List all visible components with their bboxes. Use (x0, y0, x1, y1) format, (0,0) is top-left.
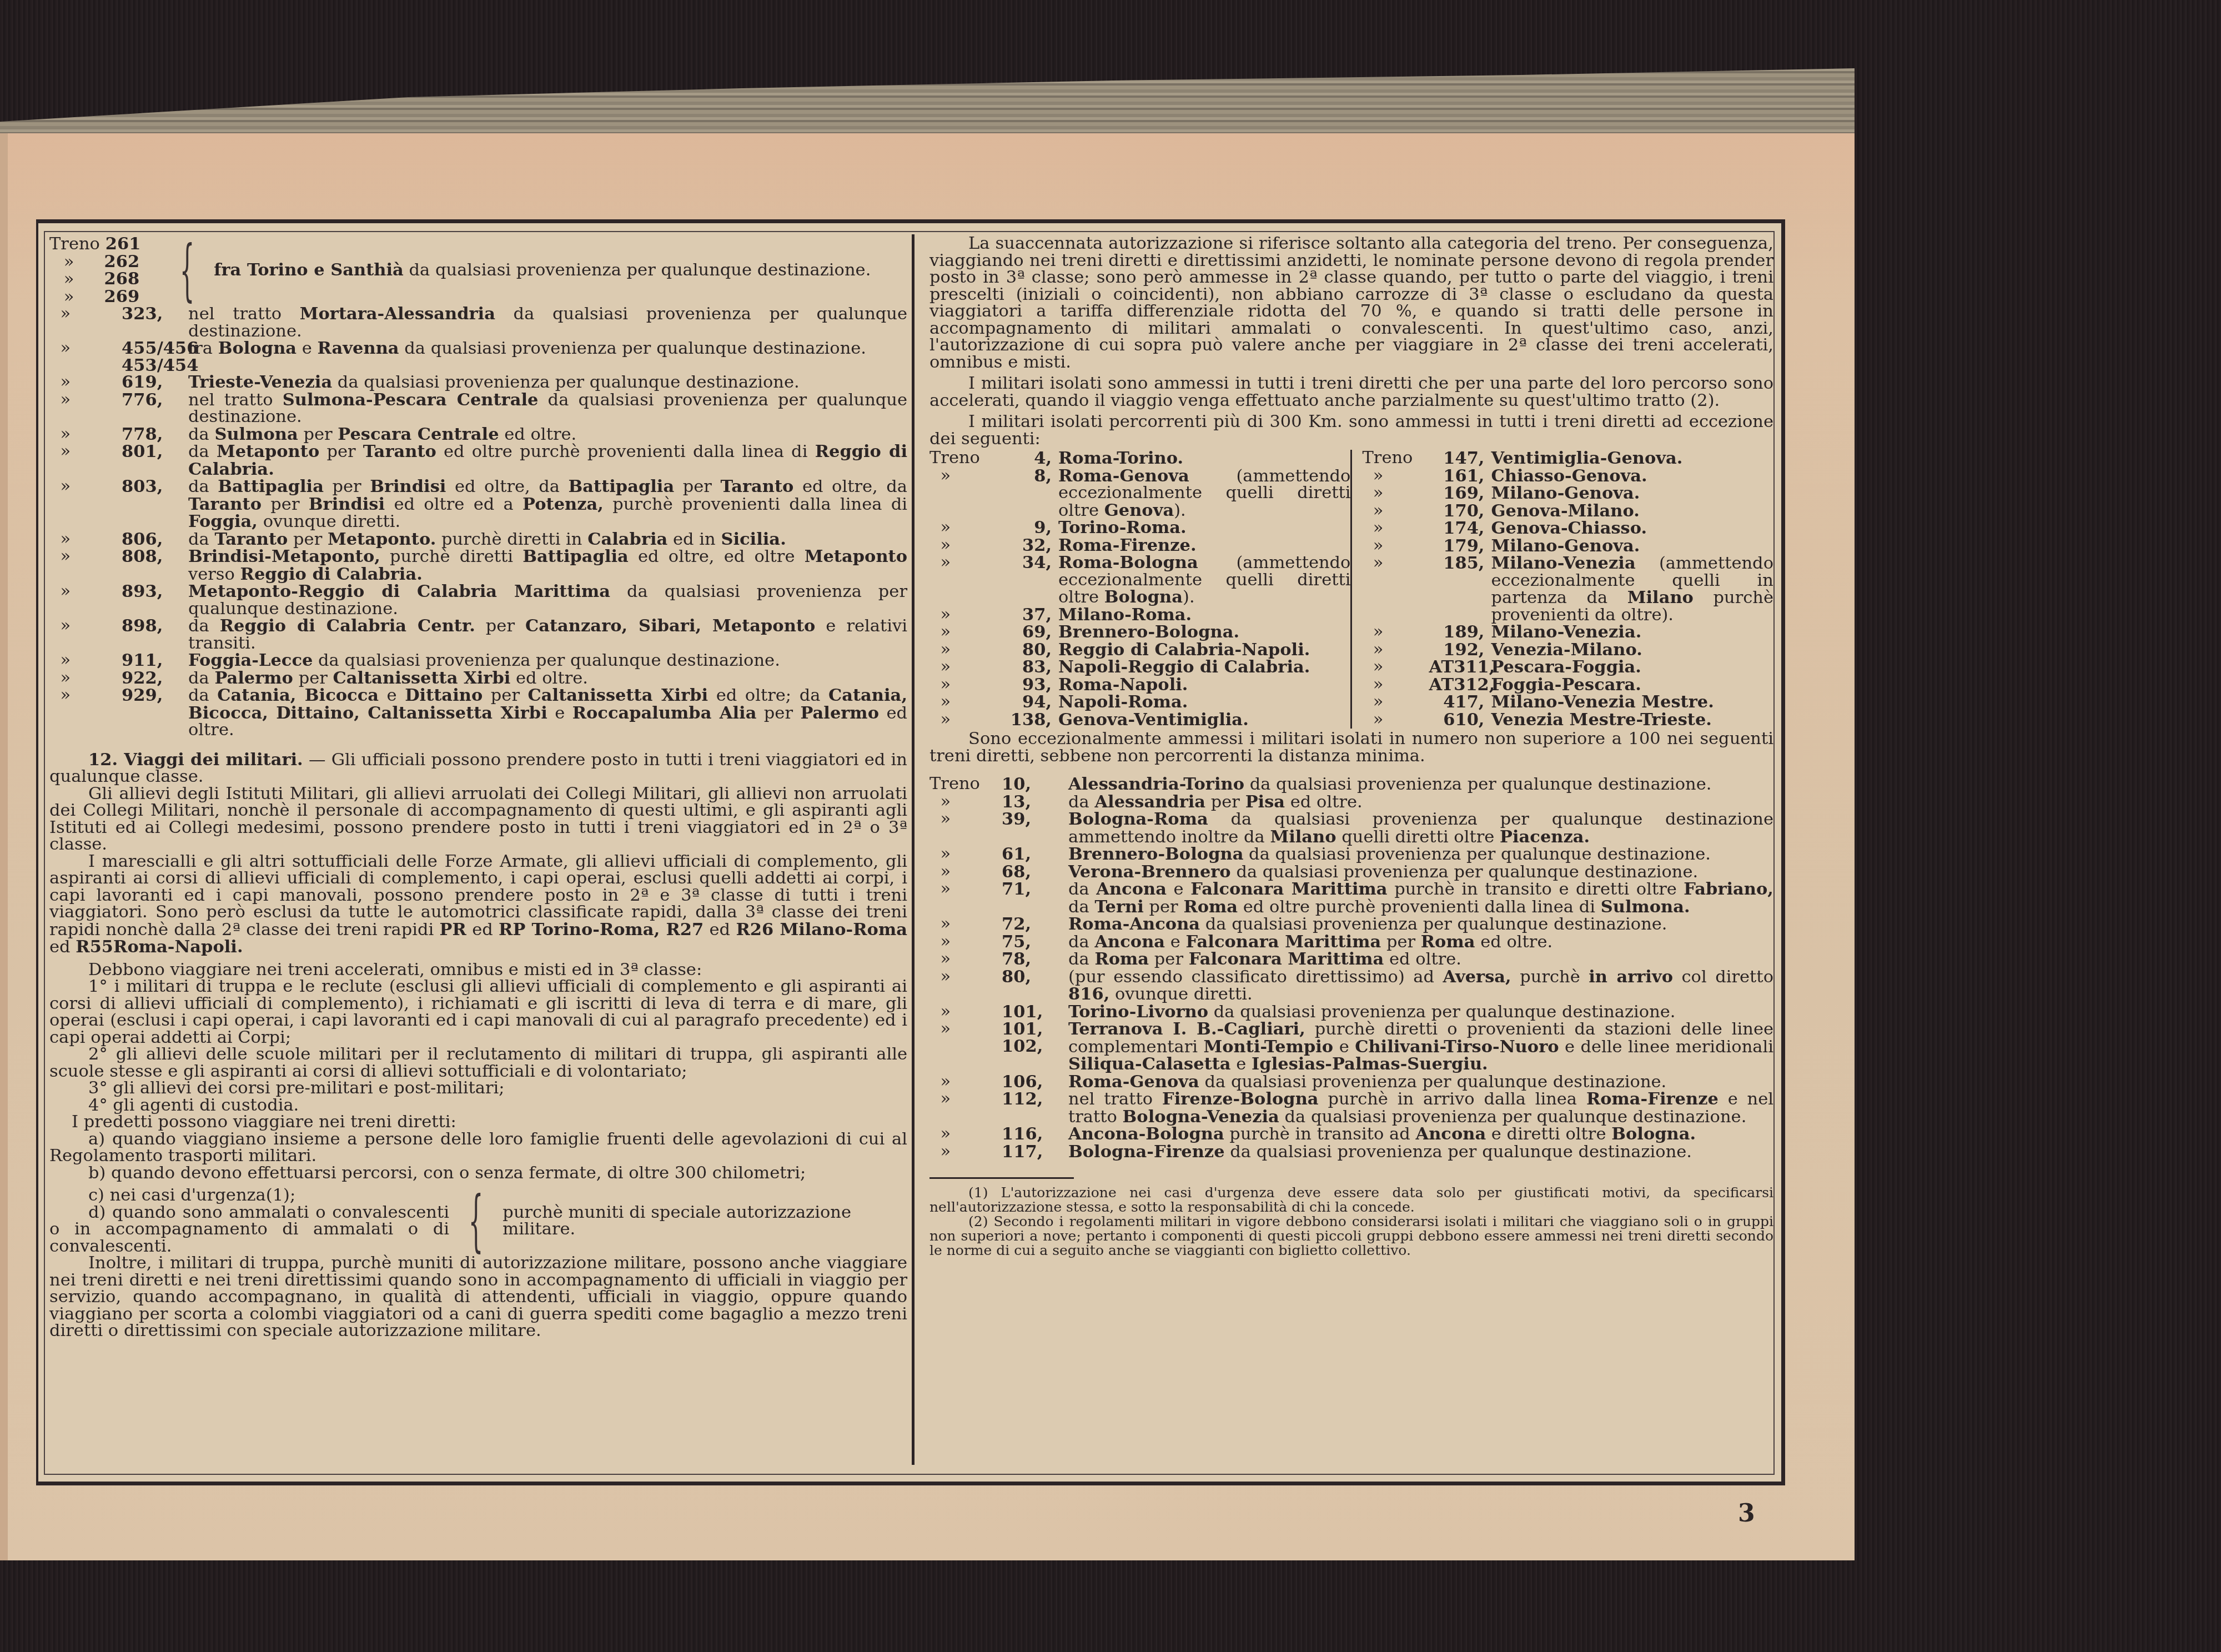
right-column: La suaccennata autorizzazione si riferis… (929, 235, 1773, 1258)
left-train-list: »323,nel tratto Mortara-Alessandria da q… (49, 305, 907, 739)
train-number: 71, (1002, 881, 1068, 916)
ditto-mark: » (929, 554, 996, 606)
ditto-mark: » (1362, 485, 1429, 503)
train-route: Pescara-Foggia. (1491, 659, 1773, 676)
train-entry: »69,Brennero-Bologna. (929, 624, 1350, 641)
paragraph-isolati: I militari isolati sono ammessi in tutti… (929, 375, 1773, 409)
train-route: Milano-Venezia (ammettendo eccezionalmen… (1491, 555, 1773, 624)
train-entry: »116,Ancona-Bologna purchè in transito a… (929, 1126, 1773, 1143)
footnote-rule (929, 1177, 1074, 1179)
train-entry: »922,da Palermo per Caltanissetta Xirbi … (49, 670, 907, 687)
train-route: Brennero-Bologna da qualsiasi provenienz… (1068, 846, 1773, 863)
train-number: 778, (122, 426, 188, 444)
train-entry: »83,Napoli-Reggio di Calabria. (929, 659, 1350, 676)
train-number: 94, (996, 694, 1058, 711)
ditto-mark: » (49, 478, 122, 531)
train-route: Foggia-Lecce da qualsiasi provenienza pe… (188, 652, 907, 670)
train-number: 117, (1002, 1143, 1068, 1161)
excluded-trains-right: Treno147,Ventimiglia-Genova. »161,Chiass… (1350, 450, 1773, 729)
train-route: da Catania, Bicocca e Dittaino per Calta… (188, 687, 907, 739)
train-number: 80, (1002, 968, 1068, 1003)
train-number: 161, (1429, 468, 1491, 485)
ditto-mark: » (929, 1073, 1002, 1091)
paragraph-eccezionalmente: Sono eccezionalmente ammessi i militari … (929, 731, 1773, 765)
train-number: 34, (996, 554, 1058, 606)
treno-label: Treno (929, 776, 1002, 794)
page-gutter-shadow (0, 133, 8, 1560)
train-route: Foggia-Pescara. (1491, 676, 1773, 694)
train-entry: »AT312,Foggia-Pescara. (1362, 676, 1773, 694)
ditto-mark: » (929, 606, 996, 624)
train-number: 803, (122, 478, 188, 531)
train-route: da Palermo per Caltanissetta Xirbi ed ol… (188, 670, 907, 687)
ditto-mark: » (49, 340, 122, 374)
train-entry: »32,Roma-Firenze. (929, 537, 1350, 555)
ditto-mark: » (929, 1126, 1002, 1143)
case-d: d) quando sono ammalati o convalescenti … (49, 1204, 449, 1256)
ditto-mark: » (49, 583, 122, 617)
train-entry: »AT311,Pescara-Foggia. (1362, 659, 1773, 676)
train-route: Roma-Genova (ammettendo eccezionalmente … (1058, 468, 1350, 520)
train-number: 13, (1002, 794, 1068, 811)
train-route: Genova-Milano. (1491, 503, 1773, 520)
train-route: Bologna-Roma da qualsiasi provenienza pe… (1068, 811, 1773, 846)
train-route: Roma-Ancona da qualsiasi provenienza per… (1068, 916, 1773, 933)
ditto-mark: » (929, 794, 1002, 811)
ditto-mark: » (929, 519, 996, 537)
train-entry: »169,Milano-Genova. (1362, 485, 1773, 503)
train-entry: »39,Bologna-Roma da qualsiasi provenienz… (929, 811, 1773, 846)
train-route: da Metaponto per Taranto ed oltre purchè… (188, 443, 907, 478)
ditto-mark: » (929, 1003, 1002, 1021)
left-column: Treno 261 » 262 » 268 » 269 { fra Torino… (49, 235, 907, 1340)
train-entry: »179,Milano-Genova. (1362, 538, 1773, 555)
page-number: 3 (1738, 1499, 1755, 1528)
cases-cd-group: c) nei casi d'urgenza(1); d) quando sono… (49, 1187, 907, 1255)
ditto-mark: » (49, 531, 122, 549)
train-number: 189, (1429, 624, 1491, 641)
train-number: 610, (1429, 711, 1491, 729)
train-number: 893, (122, 583, 188, 617)
train-number: 929, (122, 687, 188, 739)
train-number: 169, (1429, 485, 1491, 503)
train-entry: »75,da Ancona e Falconara Marittima per … (929, 933, 1773, 951)
train-entry: »185,Milano-Venezia (ammettendo eccezion… (1362, 555, 1773, 624)
paragraph-predetti: I predetti possono viaggiare nei treni d… (49, 1114, 907, 1131)
train-route: da Reggio di Calabria Centr. per Catanza… (188, 617, 907, 652)
train-route: Milano-Venezia. (1491, 624, 1773, 641)
list-item-3: 3° gli allievi dei corsi pre-militari e … (49, 1080, 907, 1097)
train-entry: »911,Foggia-Lecce da qualsiasi provenien… (49, 652, 907, 670)
train-route: (pur essendo classificato direttissimo) … (1068, 968, 1773, 1003)
train-route: Bologna-Firenze da qualsiasi provenienza… (1068, 1143, 1773, 1161)
train-route: da Alessandria per Pisa ed oltre. (1068, 794, 1773, 811)
ditto-mark: » (49, 391, 122, 426)
train-number: 10, (1002, 776, 1068, 794)
ditto-mark: » (1362, 676, 1429, 694)
train-number: 9, (996, 519, 1058, 537)
paragraph-marescialli: I marescialli e gli altri sottufficiali … (49, 853, 907, 956)
case-a: a) quando viaggiano insieme a persone de… (49, 1131, 907, 1165)
train-number: 801, (122, 443, 188, 478)
train-number: 37, (996, 606, 1058, 624)
ditto-mark: » (929, 659, 996, 676)
train-entry: »778,da Sulmona per Pescara Centrale ed … (49, 426, 907, 444)
train-entry: »610,Venezia Mestre-Trieste. (1362, 711, 1773, 729)
footnotes: (1) L'autorizzazione nei casi d'urgenza … (929, 1186, 1773, 1258)
ditto-mark: » (1362, 694, 1429, 711)
train-route: Terranova I. B.-Cagliari, purchè diretti… (1068, 1021, 1773, 1073)
train-entry: »174,Genova-Chiasso. (1362, 520, 1773, 538)
train-entry: »106,Roma-Genova da qualsiasi provenienz… (929, 1073, 1773, 1091)
train-entry: »71,da Ancona e Falconara Marittima purc… (929, 881, 1773, 916)
train-number: 61, (1002, 846, 1068, 863)
train-route: Torino-Livorno da qualsiasi provenienza … (1068, 1003, 1773, 1021)
train-entry: »189,Milano-Venezia. (1362, 624, 1773, 641)
ditto-mark: » (1362, 624, 1429, 641)
footnote-1: (1) L'autorizzazione nei casi d'urgenza … (929, 1186, 1773, 1214)
train-entry: »78,da Roma per Falconara Marittima ed o… (929, 951, 1773, 968)
train-number: 776, (122, 391, 188, 426)
ditto-mark: » (49, 617, 122, 652)
ditto-mark: » (61, 271, 77, 288)
train-route: nel tratto Sulmona-Pescara Centrale da q… (188, 391, 907, 426)
train-number: 101, 102, (1002, 1021, 1068, 1073)
train-route: da Ancona e Falconara Marittima per Roma… (1068, 933, 1773, 951)
brace-glyph: { (180, 243, 195, 298)
excluded-trains-left: Treno4,Roma-Torino. »8,Roma-Genova (amme… (929, 450, 1350, 729)
train-entry: »34,Roma-Bologna (ammettendo eccezionalm… (929, 554, 1350, 606)
train-route: Napoli-Reggio di Calabria. (1058, 659, 1350, 676)
train-number: 808, (122, 548, 188, 583)
ditto-mark: » (929, 676, 996, 694)
train-route: Alessandria-Torino da qualsiasi provenie… (1068, 776, 1773, 794)
train-number: 174, (1429, 520, 1491, 538)
train-number: 106, (1002, 1073, 1068, 1091)
train-entry: Treno147,Ventimiglia-Genova. (1362, 450, 1773, 468)
train-number: 911, (122, 652, 188, 670)
train-number: 72, (1002, 916, 1068, 933)
train-number: 75, (1002, 933, 1068, 951)
train-entry: »94,Napoli-Roma. (929, 694, 1350, 711)
treno-label: Treno (49, 234, 100, 254)
list-item-2: 2° gli allievi delle scuole militari per… (49, 1046, 907, 1080)
paragraph-debbono: Debbono viaggiare nei treni accelerati, … (49, 962, 907, 979)
ditto-mark: » (49, 426, 122, 444)
ditto-mark: » (1362, 711, 1429, 729)
ditto-mark: » (929, 1143, 1002, 1161)
ditto-mark: » (1362, 503, 1429, 520)
train-entry: »80,(pur essendo classificato direttissi… (929, 968, 1773, 1003)
train-route: Ventimiglia-Genova. (1491, 450, 1773, 468)
ditto-mark: » (49, 305, 122, 340)
train-entry: Treno4,Roma-Torino. (929, 450, 1350, 468)
train-number: 112, (1002, 1091, 1068, 1126)
train-route: Ancona-Bologna purchè in transito ad Anc… (1068, 1126, 1773, 1143)
train-route: Reggio di Calabria-Napoli. (1058, 641, 1350, 659)
train-route: nel tratto Mortara-Alessandria da qualsi… (188, 305, 907, 340)
train-number: 32, (996, 537, 1058, 555)
ditto-mark: » (61, 289, 77, 306)
train-route: da Battipaglia per Brindisi ed oltre, da… (188, 478, 907, 531)
train-entry: »806,da Taranto per Metaponto. purchè di… (49, 531, 907, 549)
train-entry: »417,Milano-Venezia Mestre. (1362, 694, 1773, 711)
ditto-mark: » (929, 968, 1002, 1003)
train-number: 192, (1429, 641, 1491, 659)
train-number: 78, (1002, 951, 1068, 968)
admitted-trains-list: Treno10,Alessandria-Torino da qualsiasi … (929, 776, 1773, 1161)
train-number: 323, (122, 305, 188, 340)
train-entry: »898,da Reggio di Calabria Centr. per Ca… (49, 617, 907, 652)
ditto-mark: » (929, 641, 996, 659)
train-number: 116, (1002, 1126, 1068, 1143)
train-number: 138, (996, 711, 1058, 729)
train-entry: »455/456 453/454fra Bologna e Ravenna da… (49, 340, 907, 374)
train-route: Genova-Ventimiglia. (1058, 711, 1350, 729)
train-route: Milano-Genova. (1491, 485, 1773, 503)
train-entry: »929,da Catania, Bicocca e Dittaino per … (49, 687, 907, 739)
case-b: b) quando devono effettuarsi percorsi, c… (49, 1165, 907, 1182)
train-entry: »101,Torino-Livorno da qualsiasi proveni… (929, 1003, 1773, 1021)
train-route: Milano-Venezia Mestre. (1491, 694, 1773, 711)
ditto-mark: » (929, 1021, 1002, 1073)
ditto-mark: » (929, 537, 996, 555)
train-entry: »101, 102,Terranova I. B.-Cagliari, purc… (929, 1021, 1773, 1073)
train-entry: »13,da Alessandria per Pisa ed oltre. (929, 794, 1773, 811)
train-route: nel tratto Firenze-Bologna purchè in arr… (1068, 1091, 1773, 1126)
ditto-mark: » (49, 687, 122, 739)
train-number: 101, (1002, 1003, 1068, 1021)
ditto-mark: » (49, 548, 122, 583)
train-number: 185, (1429, 555, 1491, 624)
excluded-trains-table: Treno4,Roma-Torino. »8,Roma-Genova (amme… (929, 450, 1773, 729)
train-route: Venezia-Milano. (1491, 641, 1773, 659)
ditto-mark: » (929, 694, 996, 711)
ditto-mark: » (49, 670, 122, 687)
train-route: Roma-Napoli. (1058, 676, 1350, 694)
ditto-mark: » (929, 711, 996, 729)
section-12: 12. Viaggi dei militari. — Gli ufficiali… (49, 751, 907, 1340)
paragraph-allievi: Gli allievi degli Istituti Militari, gli… (49, 786, 907, 853)
ditto-mark: » (1362, 659, 1429, 676)
train-number: 83, (996, 659, 1058, 676)
train-number: 69, (996, 624, 1058, 641)
train-number: 4, (996, 450, 1058, 468)
train-route: fra Bologna e Ravenna da qualsiasi prove… (188, 340, 907, 374)
train-entry: »93,Roma-Napoli. (929, 676, 1350, 694)
ditto-mark: » (61, 254, 77, 271)
train-route: Milano-Roma. (1058, 606, 1350, 624)
ditto-mark: » (1362, 468, 1429, 485)
train-route: Chiasso-Genova. (1491, 468, 1773, 485)
train-number: 93, (996, 676, 1058, 694)
train-route: da Ancona e Falconara Marittima purchè i… (1068, 881, 1773, 916)
train-entry: »72,Roma-Ancona da qualsiasi provenienza… (929, 916, 1773, 933)
ditto-mark: » (929, 881, 1002, 916)
train-entry: »801,da Metaponto per Taranto ed oltre p… (49, 443, 907, 478)
ditto-mark: » (929, 1091, 1002, 1126)
cases-cd-condition: purchè muniti di speciale autorizzazione… (503, 1204, 907, 1238)
train-number: 922, (122, 670, 188, 687)
train-entry: »61,Brennero-Bologna da qualsiasi proven… (929, 846, 1773, 863)
train-entry: »803,da Battipaglia per Brindisi ed oltr… (49, 478, 907, 531)
train-route: Napoli-Roma. (1058, 694, 1350, 711)
brace-glyph: { (469, 1193, 484, 1249)
train-route: Venezia Mestre-Trieste. (1491, 711, 1773, 729)
train-number: AT311, (1429, 659, 1491, 676)
train-number: 806, (122, 531, 188, 549)
ditto-mark: » (929, 624, 996, 641)
train-entry: »323,nel tratto Mortara-Alessandria da q… (49, 305, 907, 340)
train-entry: »161,Chiasso-Genova. (1362, 468, 1773, 485)
route-condition: da qualsiasi provenienza per qualunque d… (409, 260, 871, 280)
train-entry: »37,Milano-Roma. (929, 606, 1350, 624)
train-route: Roma-Torino. (1058, 450, 1350, 468)
paragraph-inoltre: Inoltre, i militari di truppa, purchè mu… (49, 1255, 907, 1340)
column-divider (912, 234, 914, 1465)
footnote-2: (2) Secondo i regolamenti militari in vi… (929, 1214, 1773, 1258)
train-number: 170, (1429, 503, 1491, 520)
content-frame: Treno 261 » 262 » 268 » 269 { fra Torino… (36, 219, 1785, 1485)
train-number: 417, (1429, 694, 1491, 711)
train-number: 68, (1002, 863, 1068, 881)
train-entry: »138,Genova-Ventimiglia. (929, 711, 1350, 729)
train-entry: »808,Brindisi-Metaponto, purchè diretti … (49, 548, 907, 583)
ditto-mark: » (1362, 520, 1429, 538)
ditto-mark: » (929, 846, 1002, 863)
train-entry: »9,Torino-Roma. (929, 519, 1350, 537)
train-route: Torino-Roma. (1058, 519, 1350, 537)
treno-label: Treno (929, 450, 996, 468)
train-route: Roma-Genova da qualsiasi provenienza per… (1068, 1073, 1773, 1091)
train-route: Roma-Firenze. (1058, 537, 1350, 555)
train-entry: »112,nel tratto Firenze-Bologna purchè i… (929, 1091, 1773, 1126)
train-number: 619, (122, 374, 188, 391)
train-entry: »776,nel tratto Sulmona-Pescara Centrale… (49, 391, 907, 426)
train-number: 179, (1429, 538, 1491, 555)
train-entry: »893,Metaponto-Reggio di Calabria Maritt… (49, 583, 907, 617)
route-text: fra Torino e Santhià (214, 260, 404, 280)
train-route: Milano-Genova. (1491, 538, 1773, 555)
ditto-mark: » (929, 811, 1002, 846)
train-entry: »619,Trieste-Venezia da qualsiasi proven… (49, 374, 907, 391)
train-number: AT312, (1429, 676, 1491, 694)
train-entry: »80,Reggio di Calabria-Napoli. (929, 641, 1350, 659)
ditto-mark: » (929, 951, 1002, 968)
train-number: 147, (1429, 450, 1491, 468)
ditto-mark: » (1362, 641, 1429, 659)
train-route: Metaponto-Reggio di Calabria Marittima d… (188, 583, 907, 617)
train-entry: Treno10,Alessandria-Torino da qualsiasi … (929, 776, 1773, 794)
ditto-mark: » (49, 374, 122, 391)
ditto-mark: » (929, 933, 1002, 951)
train-entry: »192,Venezia-Milano. (1362, 641, 1773, 659)
treno-label: Treno (1362, 450, 1429, 468)
train-route: Brennero-Bologna. (1058, 624, 1350, 641)
train-entry: »170,Genova-Milano. (1362, 503, 1773, 520)
ditto-mark: » (929, 863, 1002, 881)
train-entry: »68,Verona-Brennero da qualsiasi proveni… (929, 863, 1773, 881)
train-entry: »8,Roma-Genova (ammettendo eccezionalmen… (929, 468, 1350, 520)
train-route: da Taranto per Metaponto. purchè diretti… (188, 531, 907, 549)
paragraph-300km: I militari isolati percorrenti più di 30… (929, 414, 1773, 448)
train-route: Brindisi-Metaponto, purchè diretti Batti… (188, 548, 907, 583)
case-c: c) nei casi d'urgenza(1); (49, 1187, 449, 1204)
train-route: Verona-Brennero da qualsiasi provenienza… (1068, 863, 1773, 881)
train-group-261-269: Treno 261 » 262 » 268 » 269 { fra Torino… (49, 235, 907, 305)
paragraph-autorizzazione: La suaccennata autorizzazione si riferis… (929, 235, 1773, 371)
train-route: Genova-Chiasso. (1491, 520, 1773, 538)
train-route: da Sulmona per Pescara Centrale ed oltre… (188, 426, 907, 444)
train-route: Roma-Bologna (ammettendo eccezionalmente… (1058, 554, 1350, 606)
ditto-mark: » (1362, 555, 1429, 624)
train-number: 455/456 453/454 (122, 340, 188, 374)
train-route: Trieste-Venezia da qualsiasi provenienza… (188, 374, 907, 391)
ditto-mark: » (929, 916, 1002, 933)
list-item-1: 1° i militari di truppa e le reclute (es… (49, 978, 907, 1046)
ditto-mark: » (1362, 538, 1429, 555)
train-number: 80, (996, 641, 1058, 659)
train-route: da Roma per Falconara Marittima ed oltre… (1068, 951, 1773, 968)
train-number: 898, (122, 617, 188, 652)
train-entry: »117,Bologna-Firenze da qualsiasi proven… (929, 1143, 1773, 1161)
ditto-mark: » (49, 652, 122, 670)
list-item-4: 4° gli agenti di custodia. (49, 1097, 907, 1114)
ditto-mark: » (49, 443, 122, 478)
ditto-mark: » (929, 468, 996, 520)
train-number: 8, (996, 468, 1058, 520)
train-number: 39, (1002, 811, 1068, 846)
